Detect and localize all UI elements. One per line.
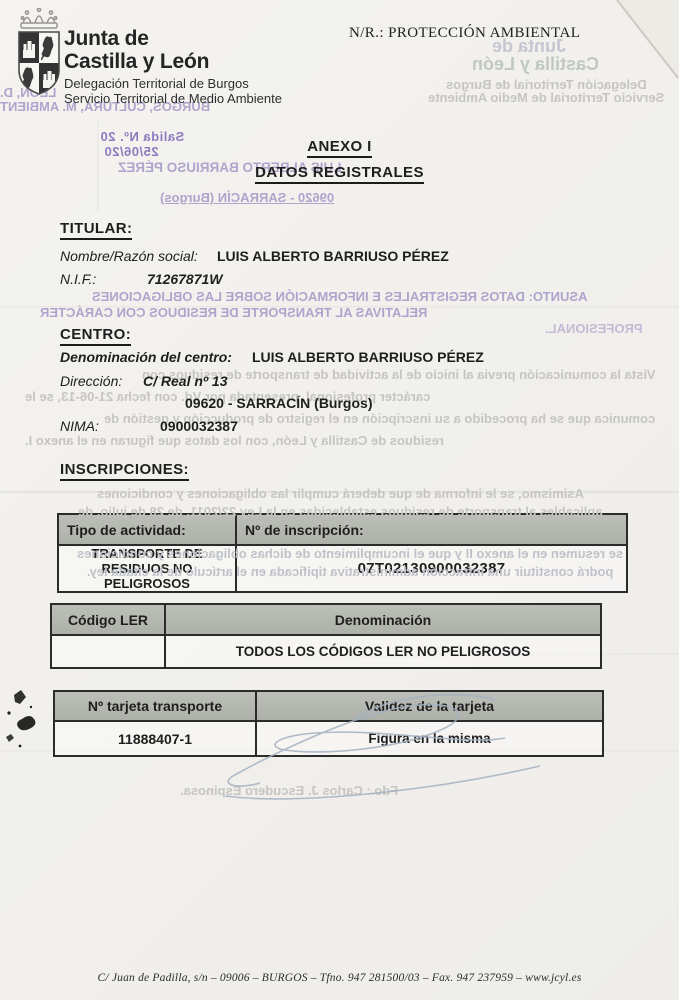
activity-table-header: Tipo de actividad: Nº de inscripción: [59, 515, 626, 546]
brand-wordmark: Junta de Castilla y León [64, 27, 209, 73]
ink-splotch [0, 685, 50, 760]
bleed-text: PROFESIONAL. [545, 321, 643, 336]
bleed-header-brand2: Castilla y León [472, 54, 599, 75]
heading-text: INSCRIPCIONES: [60, 461, 189, 481]
titular-heading: TITULAR: [60, 220, 132, 240]
table-cell: 07T02130900032387 [237, 546, 626, 591]
ler-table-row: TODOS LOS CÓDIGOS LER NO PELIGROSOS [52, 636, 600, 667]
heading-text: TITULAR: [60, 220, 132, 240]
bleed-asunto-line1: ASUNTO: DATOS REGISTRALES E INFORMACIÓN … [40, 288, 640, 306]
direccion-label: Dirección: [60, 373, 143, 389]
corner-fold-crease [615, 0, 679, 80]
bleed-text: ASUNTO: DATOS REGISTRALES E INFORMACIÓN … [92, 289, 587, 304]
ler-code-table: Código LER Denominación TODOS LOS CÓDIGO… [50, 603, 602, 669]
bleed-text: 09620 - SARRACÍN (Burgos) [160, 190, 334, 205]
nombre-value: LUIS ALBERTO BARRIUSO PÉREZ [217, 248, 449, 264]
activity-table-row: TRANSPORTE DE RESIDUOS NO PELIGROSOS 07T… [59, 546, 626, 591]
inscripciones-heading: INSCRIPCIONES: [60, 461, 189, 481]
bleed-text: RELATIVAS AL TRANSPORTE DE RESIDUOS CON … [40, 305, 427, 320]
activity-table: Tipo de actividad: Nº de inscripción: TR… [57, 513, 628, 593]
denominacion-label: Denominación del centro: [60, 349, 252, 365]
anexo-heading-row: ANEXO I [0, 138, 679, 158]
centro-heading: CENTRO: [60, 326, 131, 346]
table-header-cell: Tipo de actividad: [59, 515, 237, 544]
denominacion-row: Denominación del centro: LUIS ALBERTO BA… [60, 349, 660, 365]
denominacion-value: LUIS ALBERTO BARRIUSO PÉREZ [252, 349, 484, 365]
anexo-heading: ANEXO I [307, 138, 371, 158]
shield-icon [19, 32, 59, 94]
bleed-text: Asimismo, se le informa de que deberá cu… [97, 486, 584, 501]
ler-table-header: Código LER Denominación [52, 605, 600, 636]
footer-address: C/ Juan de Padilla, s/n – 09006 – BURGOS… [0, 972, 679, 984]
nima-value: 0900032387 [160, 418, 238, 434]
table-header-cell: Denominación [166, 605, 600, 634]
crease-line [0, 306, 679, 308]
dept-line1: Delegación Territorial de Burgos [64, 76, 282, 91]
table-cell: TRANSPORTE DE RESIDUOS NO PELIGROSOS [59, 546, 237, 591]
bleed-text: residuos de Castilla y León, con los dat… [25, 433, 444, 448]
dept-line2: Servicio Territorial de Medio Ambiente [64, 91, 282, 106]
table-header-cell: Código LER [52, 605, 166, 634]
table-cell [52, 636, 166, 667]
bleed-stamp-city: 09620 - SARRACÍN (Burgos) [160, 190, 334, 205]
nif-value: 71267871W [147, 271, 223, 287]
nima-label: NIMA: [60, 418, 160, 434]
nif-row: N.I.F.: 71267871W [60, 271, 640, 287]
bleed-asunto-line2: RELATIVAS AL TRANSPORTE DE RESIDUOS CON … [40, 304, 600, 322]
signature-scribble [205, 688, 555, 803]
department-lines: Delegación Territorial de Burgos Servici… [64, 76, 282, 106]
brand-line1: Junta de [64, 27, 209, 50]
bleed-asunto-line3: PROFESIONAL. [545, 320, 643, 338]
nima-row: NIMA: 0900032387 [60, 418, 660, 434]
bleed-text: Servicio Territorial de Medio Ambiente [428, 90, 664, 105]
crease-line [0, 491, 679, 494]
brand-line2: Castilla y León [64, 50, 209, 73]
bleed-text: Castilla y León [472, 54, 599, 75]
heading-text: CENTRO: [60, 326, 131, 346]
nif-label: N.I.F.: [60, 271, 147, 287]
bleed-asimismo-line1: Asimismo, se le informa de que deberá cu… [40, 485, 640, 503]
table-header-cell: Nº de inscripción: [237, 515, 626, 544]
crown-icon [21, 8, 57, 28]
scanned-document-page: Junta de Castilla y León Delegación Terr… [0, 0, 679, 1000]
datos-heading-row: DATOS REGISTRALES [0, 164, 679, 184]
bleed-vista-line4: residuos de Castilla y León, con los dat… [25, 432, 655, 450]
nombre-row: Nombre/Razón social: LUIS ALBERTO BARRIU… [60, 248, 640, 264]
direccion-row: Dirección: C/ Real nº 13 [60, 373, 660, 389]
nombre-label: Nombre/Razón social: [60, 248, 217, 264]
bleed-header-dept2: Servicio Territorial de Medio Ambiente [428, 90, 664, 105]
direccion-value: C/ Real nº 13 [143, 373, 227, 389]
table-cell: TODOS LOS CÓDIGOS LER NO PELIGROSOS [166, 636, 600, 667]
junta-coat-of-arms [14, 8, 64, 108]
reference-line: N/R.: PROTECCIÓN AMBIENTAL [349, 25, 580, 42]
direccion-line2: 09620 - SARRACÍN (Burgos) [185, 395, 372, 411]
datos-registrales-heading: DATOS REGISTRALES [255, 164, 424, 184]
